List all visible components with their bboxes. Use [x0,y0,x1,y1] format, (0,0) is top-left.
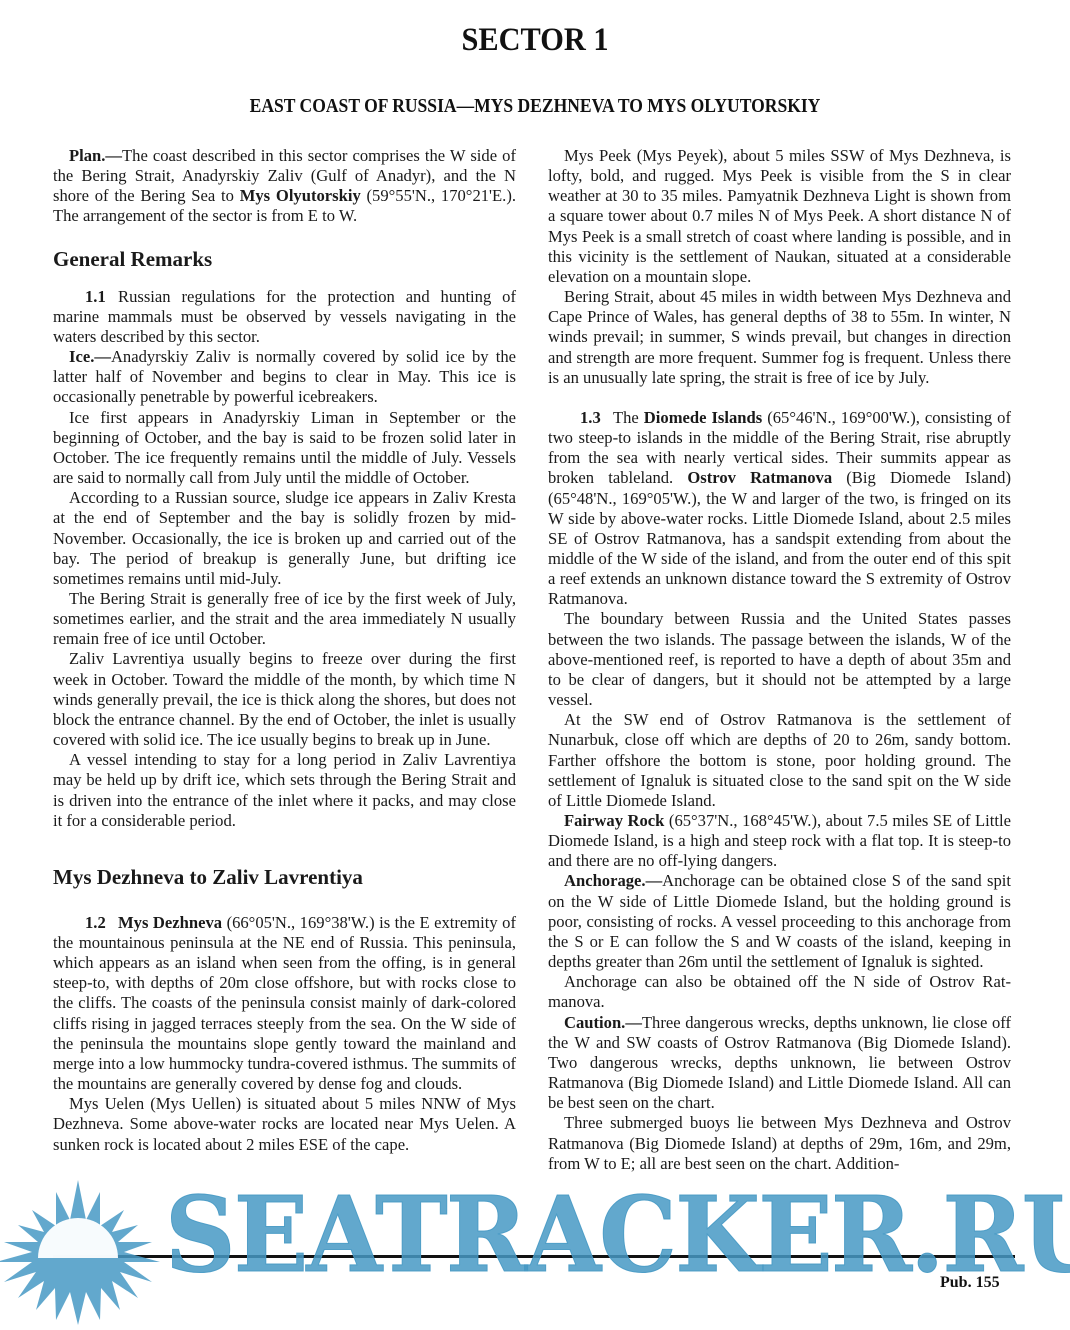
ice-text: Anadyrskiy Zaliv is normally covered by … [53,347,516,406]
ice-paragraph-4: The Bering Strait is generally free of i… [53,589,516,649]
buoys-paragraph: Three submerged buoys lie between Mys De… [548,1113,1011,1173]
ice-paragraph-6: A vessel intending to stay for a long pe… [53,750,516,831]
paragraph-text-1: The [613,408,644,427]
caution-paragraph: Caution.—Three dangerous wrecks, depths … [548,1013,1011,1114]
paragraph-1-1: 1.1Russian regulations for the protectio… [53,287,516,347]
plan-lead: Plan.— [69,146,122,165]
heading-dezhneva-lavrentiya: Mys Dezhneva to Zaliv Lavrentiya [53,865,516,889]
bering-paragraph: Bering Strait, about 45 miles in width b… [548,287,1011,388]
sector-subtitle: EAST COAST OF RUSSIA—MYS DEZHNEVA TO MYS… [54,96,1017,118]
footer-rule [53,1255,1015,1258]
paragraph-1-3: 1.3The Diomede Islands (65°46'N., 169°00… [548,408,1011,610]
paragraph-text: (66°05'N., 169°38'W.) is the E ex­tremit… [53,913,516,1093]
ice-paragraph-5: Zaliv Lavrentiya usually begins to freez… [53,649,516,750]
ice-paragraph-3: According to a Russian source, sludge ic… [53,488,516,589]
caution-lead: Caution.— [564,1013,642,1032]
anchorage-paragraph: Anchorage.—Anchorage can be obtained clo… [548,871,1011,972]
publication-number: Pub. 155 [940,1274,1000,1292]
paragraph-text-3: (Big Diomede Island) (65°48'N., 169°05'W… [548,468,1011,608]
right-column: Mys Peek (Mys Peyek), about 5 miles SSW … [548,146,1011,1174]
paragraph-bold-2: Ostrov Ratmanova [687,468,832,487]
paragraph-number: 1.2 [69,913,118,933]
paragraph-bold-name: Mys Dezhneva [118,913,222,932]
ice-paragraph: Ice.—Anadyrskiy Zaliv is normally covere… [53,347,516,407]
sw-end-paragraph: At the SW end of Ostrov Ratmanova is the… [548,710,1011,811]
paragraph-number: 1.1 [69,287,118,307]
fairway-bold-name: Fairway Rock [564,811,664,830]
anchorage-lead: Anchorage.— [564,871,662,890]
paragraph-number: 1.3 [564,408,613,428]
uelen-paragraph: Mys Uelen (Mys Uellen) is situated about… [53,1094,516,1154]
watermark-text: SEATRACKER.RU [165,1183,1070,1287]
plan-paragraph: Plan.—The coast described in this sector… [53,146,516,227]
left-column: Plan.—The coast described in this sector… [53,146,516,1155]
ice-lead: Ice.— [69,347,111,366]
peek-paragraph: Mys Peek (Mys Peyek), about 5 miles SSW … [548,146,1011,287]
ice-paragraph-2: Ice first appears in Anadyrskiy Liman in… [53,408,516,489]
boundary-paragraph: The boundary between Russia and the Unit… [548,609,1011,710]
plan-bold-name: Mys Olyutorskiy [240,186,361,205]
heading-general-remarks: General Remarks [53,247,516,271]
paragraph-text: Russian regulations for the protection a… [53,287,516,346]
anchorage-paragraph-2: Anchorage can also be obtained off the N… [548,972,1011,1012]
sector-title: SECTOR 1 [43,22,1027,59]
sunburst-icon [0,1170,1070,1330]
paragraph-1-2: 1.2Mys Dezhneva (66°05'N., 169°38'W.) is… [53,913,516,1094]
paragraph-bold-1: Diomede Islands [644,408,762,427]
fairway-paragraph: Fairway Rock (65°37'N., 168°45'W.), abou… [548,811,1011,871]
